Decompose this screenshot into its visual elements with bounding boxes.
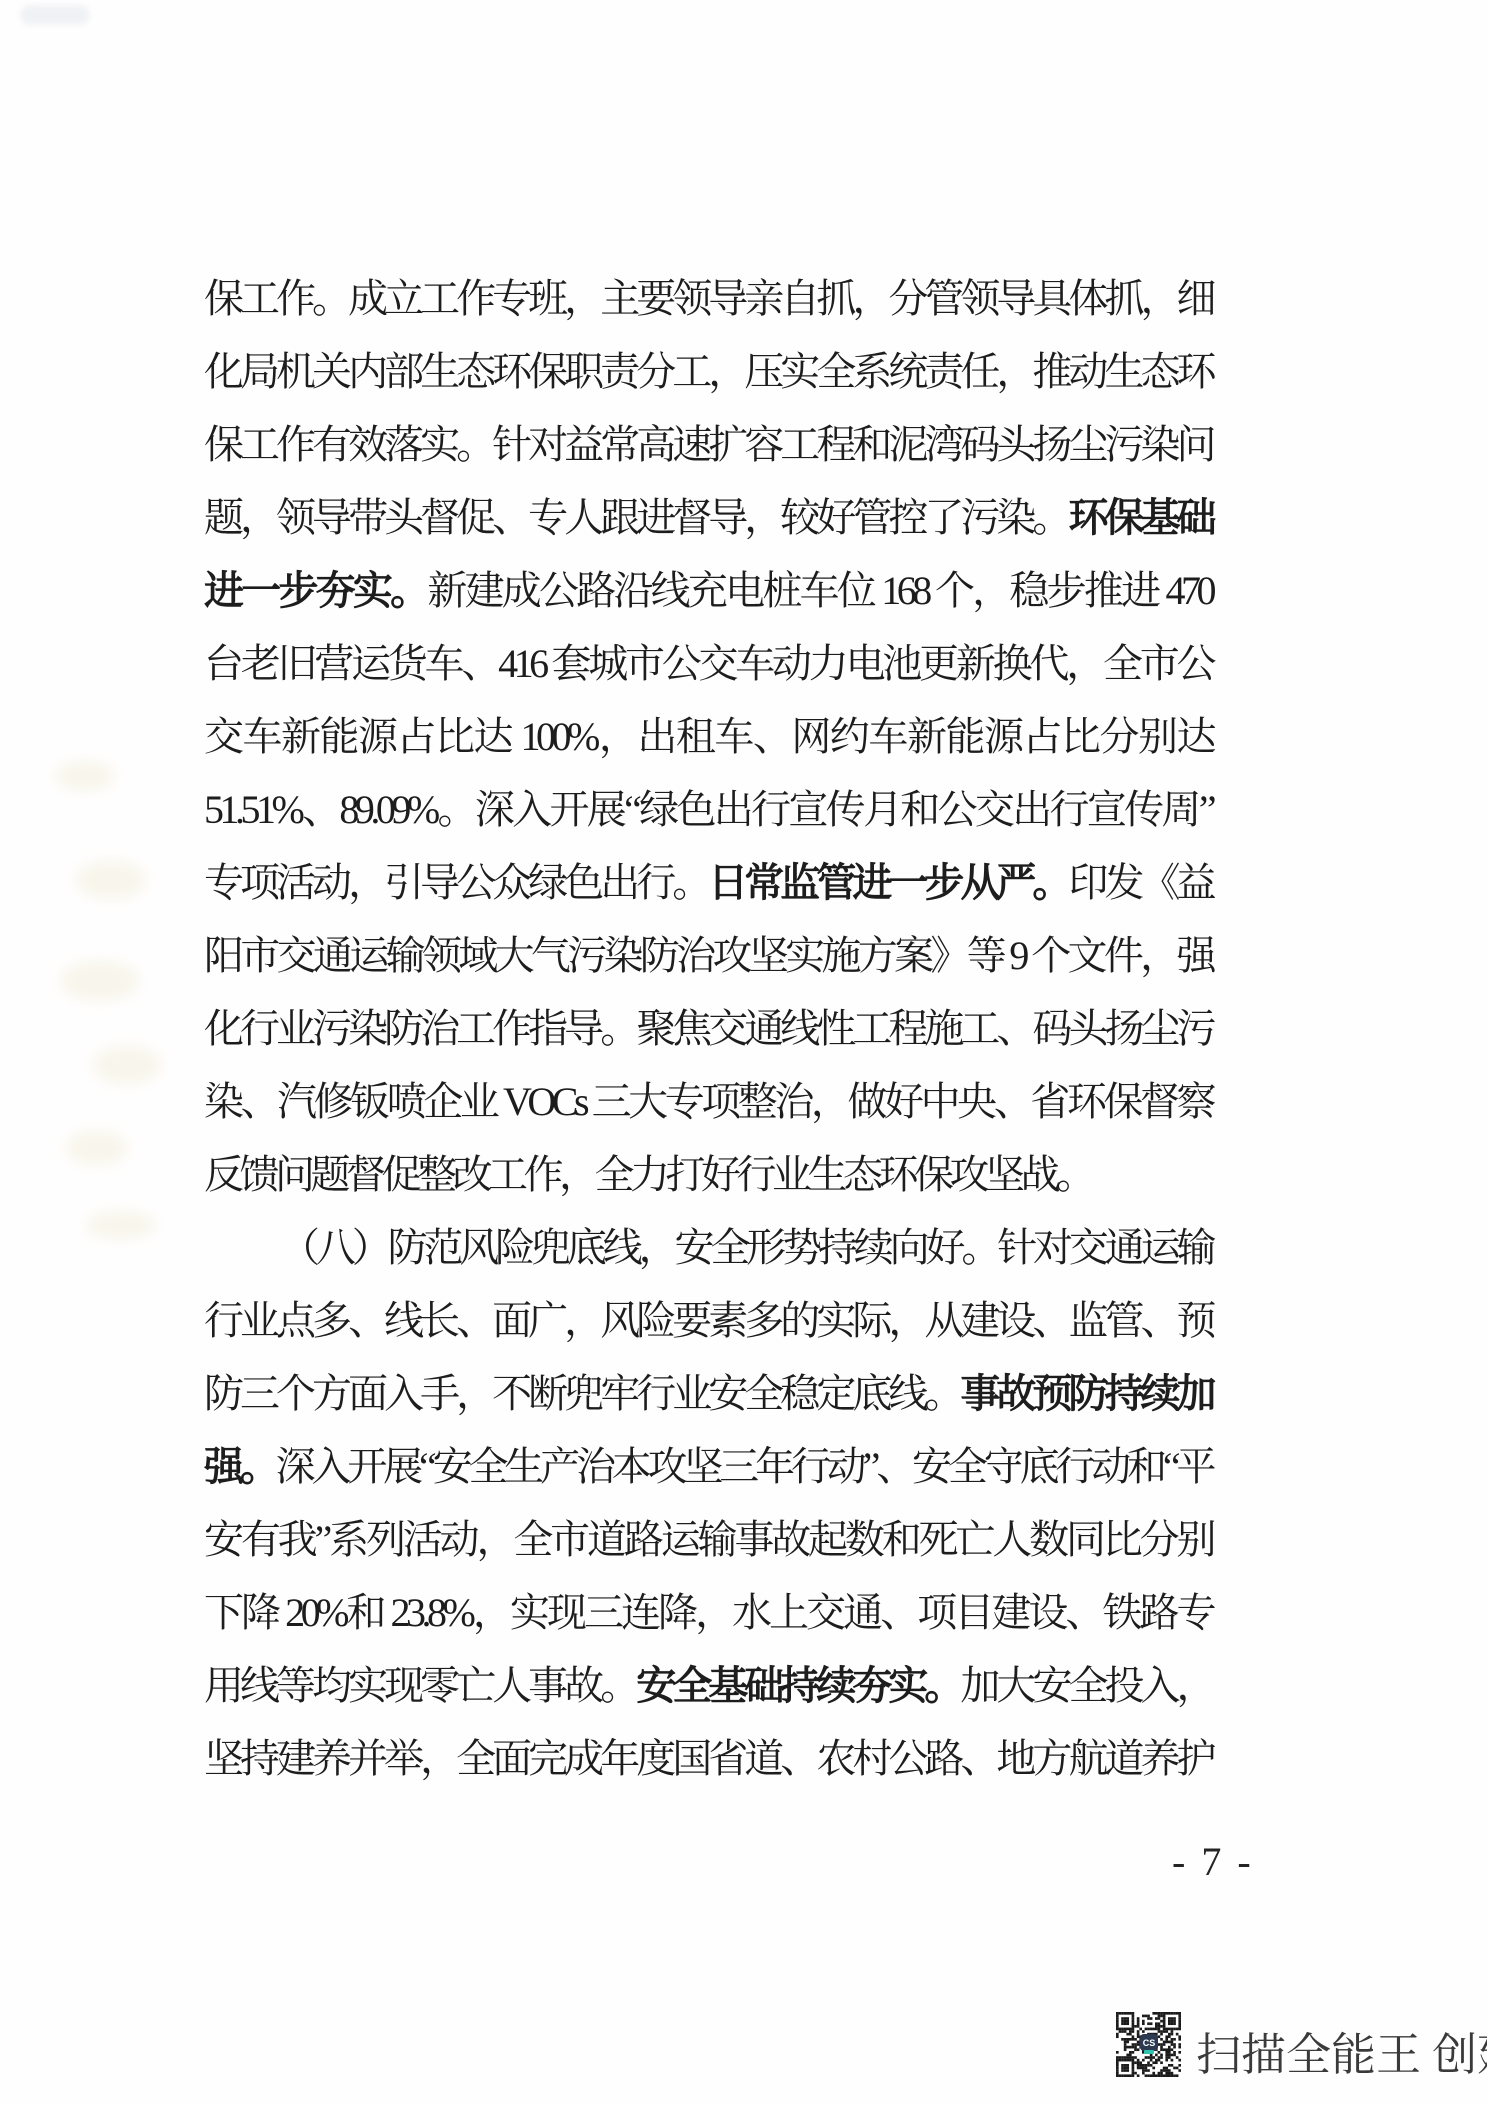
text-segment: 行业点多、线长、面广，风险要素多的实际，从建设、监管、预 [204,1298,1212,1343]
text-segment: 下降 20%和 23.8%，实现三连降，水上交通、项目建设、铁路专 [204,1590,1212,1635]
text-segment-bold: 事故预防持续加 [960,1371,1212,1416]
text-segment: 51.51%、89.09%。深入开展“绿色出行宣传月和公交出行宣传周” [204,787,1212,832]
text-segment: 染、汽修钣喷企业 VOCs 三大专项整治，做好中央、省环保督察 [204,1079,1212,1124]
text-line: 交车新能源占比达 100%，出租车、网约车新能源占比分别达 [204,700,1212,773]
text-segment: 保工作有效落实。针对益常高速扩容工程和泥湾码头扬尘污染问 [204,422,1212,467]
text-segment: 安有我”系列活动，全市道路运输事故起数和死亡人数同比分别 [204,1517,1212,1562]
text-segment: 加大安全投入， [960,1663,1212,1708]
scan-smudge [60,960,140,1002]
text-line: 台老旧营运货车、416 套城市公交车动力电池更新换代，全市公 [204,627,1212,700]
text-segment: 坚持建养并举，全面完成年度国省道、农村公路、地方航道养护 [204,1736,1212,1781]
text-segment-bold: 进一步夯实。 [204,568,427,613]
text-line: 题，领导带头督促、专人跟进督导，较好管控了污染。环保基础 [204,481,1212,554]
text-segment: 印发《益 [1068,860,1212,905]
text-line: 进一步夯实。新建成公路沿线充电桩车位 168 个，稳步推进 470 [204,554,1212,627]
text-segment: （八）防范风险兜底线，安全形势持续向好。针对交通运输 [280,1225,1212,1270]
text-segment: 专项活动，引导公众绿色出行。 [204,860,708,905]
text-line: 安有我”系列活动，全市道路运输事故起数和死亡人数同比分别 [204,1503,1212,1576]
text-line: 保工作。成立工作专班，主要领导亲自抓，分管领导具体抓，细 [204,262,1212,335]
document-page: 保工作。成立工作专班，主要领导亲自抓，分管领导具体抓，细化局机关内部生态环保职责… [0,0,1487,2105]
text-line: 化局机关内部生态环保职责分工，压实全系统责任，推动生态环 [204,335,1212,408]
watermark-label: 扫描全能王 创建 [1196,2018,1487,2083]
text-segment-bold: 环保基础 [1068,495,1212,540]
text-line: 化行业污染防治工作指导。聚焦交通线性工程施工、码头扬尘污 [204,992,1212,1065]
text-segment: 题，领导带头督促、专人跟进督导，较好管控了污染。 [204,495,1068,540]
scan-smudge [75,860,147,900]
text-line: 下降 20%和 23.8%，实现三连降，水上交通、项目建设、铁路专 [204,1576,1212,1649]
document-body-text: 保工作。成立工作专班，主要领导亲自抓，分管领导具体抓，细化局机关内部生态环保职责… [204,262,1212,1795]
text-line: 阳市交通运输领域大气污染防治攻坚实施方案》等 9 个文件，强 [204,919,1212,992]
text-line: 保工作有效落实。针对益常高速扩容工程和泥湾码头扬尘污染问 [204,408,1212,481]
text-segment-bold: 安全基础持续夯实。 [636,1663,960,1708]
text-line: 强。深入开展“安全生产治本攻坚三年行动”、安全守底行动和“平 [204,1430,1212,1503]
text-line: （八）防范风险兜底线，安全形势持续向好。针对交通运输 [204,1211,1212,1284]
text-segment: 防三个方面入手，不断兜牢行业安全稳定底线。 [204,1371,960,1416]
text-segment: 阳市交通运输领域大气污染防治攻坚实施方案》等 9 个文件，强 [204,933,1212,978]
text-segment: 用线等均实现零亡人事故。 [204,1663,636,1708]
text-segment-bold: 强。 [204,1444,276,1489]
text-segment: 交车新能源占比达 100%，出租车、网约车新能源占比分别达 [204,714,1212,759]
text-segment: 化行业污染防治工作指导。聚焦交通线性工程施工、码头扬尘污 [204,1006,1212,1051]
text-segment: 化局机关内部生态环保职责分工，压实全系统责任，推动生态环 [204,349,1212,394]
text-segment: 台老旧营运货车、416 套城市公交车动力电池更新换代，全市公 [204,641,1212,686]
camscanner-logo-icon: CS [1140,2034,1158,2051]
text-line: 坚持建养并举，全面完成年度国省道、农村公路、地方航道养护 [204,1722,1212,1795]
text-segment: 反馈问题督促整改工作，全力打好行业生态环保攻坚战。 [204,1152,1092,1197]
scan-smudge [55,760,115,792]
scan-smudge [66,1130,128,1166]
qr-code-icon: CS [1116,2012,1181,2077]
text-segment-bold: 日常监管进一步从严。 [708,860,1068,905]
scan-smudge [92,1045,162,1085]
text-line: 用线等均实现零亡人事故。安全基础持续夯实。加大安全投入， [204,1649,1212,1722]
text-line: 行业点多、线长、面广，风险要素多的实际，从建设、监管、预 [204,1284,1212,1357]
text-line: 染、汽修钣喷企业 VOCs 三大专项整治，做好中央、省环保督察 [204,1065,1212,1138]
text-line: 防三个方面入手，不断兜牢行业安全稳定底线。事故预防持续加 [204,1357,1212,1430]
scan-smudge [20,5,90,25]
text-segment: 保工作。成立工作专班，主要领导亲自抓，分管领导具体抓，细 [204,276,1212,321]
text-line: 专项活动，引导公众绿色出行。日常监管进一步从严。印发《益 [204,846,1212,919]
page-number: - 7 - [1172,1838,1254,1885]
text-segment: 深入开展“安全生产治本攻坚三年行动”、安全守底行动和“平 [276,1444,1212,1489]
text-line: 51.51%、89.09%。深入开展“绿色出行宣传月和公交出行宣传周” [204,773,1212,846]
text-segment: 新建成公路沿线充电桩车位 168 个，稳步推进 470 [427,568,1212,613]
scan-smudge [86,1210,156,1240]
text-line: 反馈问题督促整改工作，全力打好行业生态环保攻坚战。 [204,1138,1212,1211]
